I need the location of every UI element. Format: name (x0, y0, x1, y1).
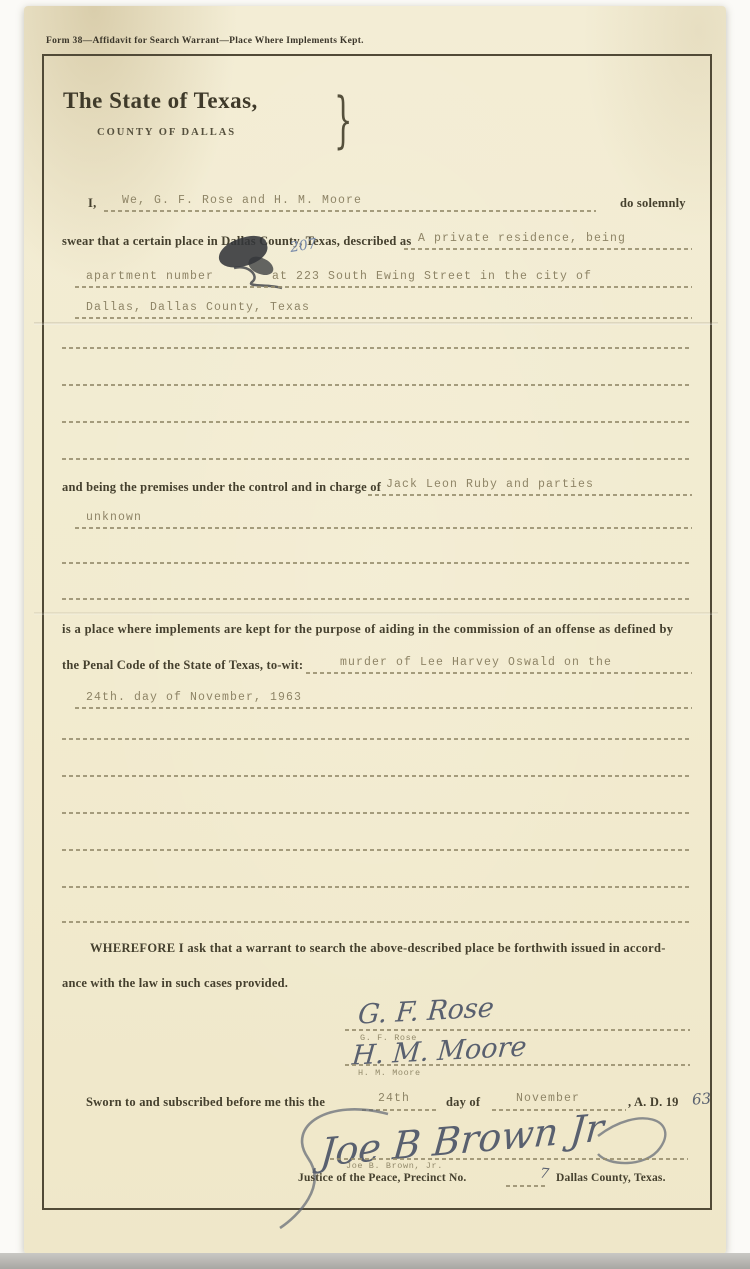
offense-fill-typed: murder of Lee Harvey Oswald on the (340, 656, 612, 669)
signature-rule (330, 1158, 688, 1160)
affiant-names-typed: We, G. F. Rose and H. M. Moore (122, 194, 362, 207)
implements-printed-2: the Penal Code of the State of Texas, to… (62, 658, 303, 673)
blank-rule (62, 738, 692, 740)
fill-rule (306, 672, 692, 674)
address-fill-post-typed: at 223 South Ewing Street in the city of (272, 270, 592, 283)
address-line2-typed: Dallas, Dallas County, Texas (86, 301, 310, 314)
fill-rule (404, 248, 692, 250)
control-fill2-typed: unknown (86, 511, 142, 524)
judge-typed-name: Joe B. Brown, Jr. (346, 1161, 443, 1171)
fold-crease (34, 612, 718, 615)
blank-rule (62, 775, 692, 777)
blank-rule (62, 347, 692, 349)
affiant-typed-name-2: H. M. Moore (358, 1068, 421, 1078)
blank-rule (62, 812, 692, 814)
fill-rule (75, 286, 692, 288)
control-fill-typed: Jack Leon Ruby and parties (386, 478, 594, 491)
describe-fill-typed: A private residence, being (418, 232, 626, 245)
fill-rule (75, 317, 692, 319)
fill-rule (506, 1185, 548, 1187)
scan-background-strip (0, 1253, 750, 1269)
opening-suffix: do solemnly (620, 196, 686, 211)
blank-rule (62, 421, 692, 423)
footer-printed-pre: Justice of the Peace, Precinct No. (298, 1172, 467, 1184)
blank-rule (62, 849, 692, 851)
wherefore-line2: ance with the law in such cases provided… (62, 976, 288, 991)
blank-rule (62, 384, 692, 386)
signature-rule (345, 1064, 690, 1066)
footer-printed-post: Dallas County, Texas. (556, 1172, 666, 1184)
precinct-handwritten: 7 (539, 1166, 550, 1183)
brace-icon: } (334, 84, 352, 155)
fold-crease (34, 322, 718, 325)
opening-prefix: I, (88, 196, 96, 211)
state-heading: The State of Texas, (63, 88, 258, 114)
fill-rule (368, 494, 692, 496)
control-printed: and being the premises under the control… (62, 480, 381, 495)
implements-printed-1: is a place where implements are kept for… (62, 622, 673, 637)
form-number-label: Form 38—Affidavit for Search Warrant—Pla… (46, 36, 364, 46)
scanned-affidavit-document: Form 38—Affidavit for Search Warrant—Pla… (0, 0, 750, 1269)
fill-rule (75, 707, 692, 709)
blank-rule (62, 458, 692, 460)
blank-rule (62, 921, 692, 923)
blank-rule (62, 562, 692, 564)
wherefore-line1: WHEREFORE I ask that a warrant to search… (90, 941, 666, 956)
address-fill-pre-typed: apartment number (86, 270, 214, 283)
fill-rule (75, 527, 692, 529)
signature-rule (345, 1029, 690, 1031)
county-subheading: COUNTY OF DALLAS (97, 127, 236, 138)
fill-rule (104, 210, 596, 212)
offense-date-typed: 24th. day of November, 1963 (86, 691, 302, 704)
blank-rule (62, 886, 692, 888)
blank-rule (62, 598, 692, 600)
